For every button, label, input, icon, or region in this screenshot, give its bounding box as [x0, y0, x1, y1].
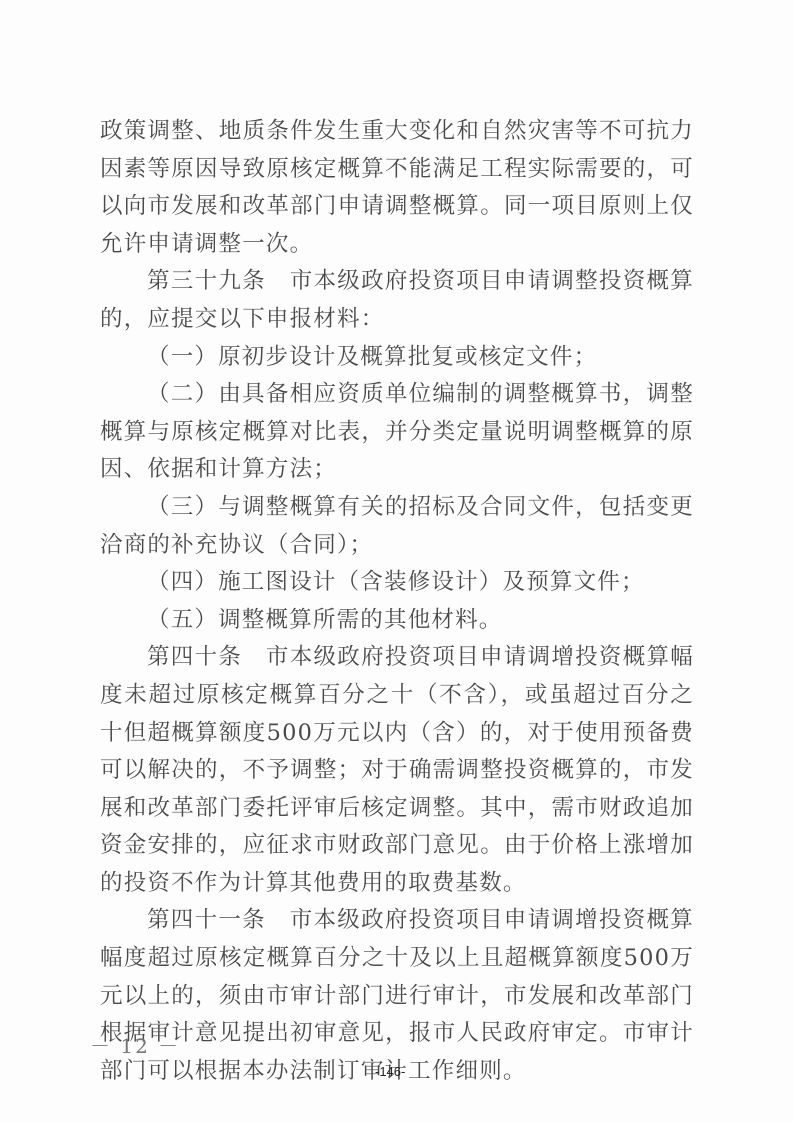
list-item-3: （三）与调整概算有关的招标及合同文件，包括变更洽商的补充协议（合同）； [100, 489, 694, 564]
paragraph-continuation: 政策调整、地质条件发生重大变化和自然灾害等不可抗力因素等原因导致原核定概算不能满… [100, 113, 694, 263]
list-item-5: （五）调整概算所需的其他材料。 [100, 602, 694, 640]
article-40-paragraph: 第四十条 市本级政府投资项目申请调增投资概算幅度未超过原核定概算百分之十（不含）… [100, 639, 694, 902]
article-39-paragraph: 第三十九条 市本级政府投资项目申请调整投资概算的，应提交以下申报材料： [100, 263, 694, 338]
list-item-1: （一）原初步设计及概算批复或核定文件； [100, 339, 694, 377]
page-number: － 12 － [90, 1030, 180, 1059]
document-page: 政策调整、地质条件发生重大变化和自然灾害等不可抗力因素等原因导致原核定概算不能满… [0, 0, 793, 1122]
list-item-2: （二）由具备相应资质单位编制的调整概算书，调整概算与原核定概算对比表，并分类定量… [100, 376, 694, 489]
total-page-number: -146- [375, 1064, 405, 1079]
document-body: 政策调整、地质条件发生重大变化和自然灾害等不可抗力因素等原因导致原核定概算不能满… [100, 113, 694, 1090]
list-item-4: （四）施工图设计（含装修设计）及预算文件； [100, 564, 694, 602]
article-41-paragraph: 第四十一条 市本级政府投资项目申请调增投资概算幅度超过原核定概算百分之十及以上且… [100, 902, 694, 1090]
